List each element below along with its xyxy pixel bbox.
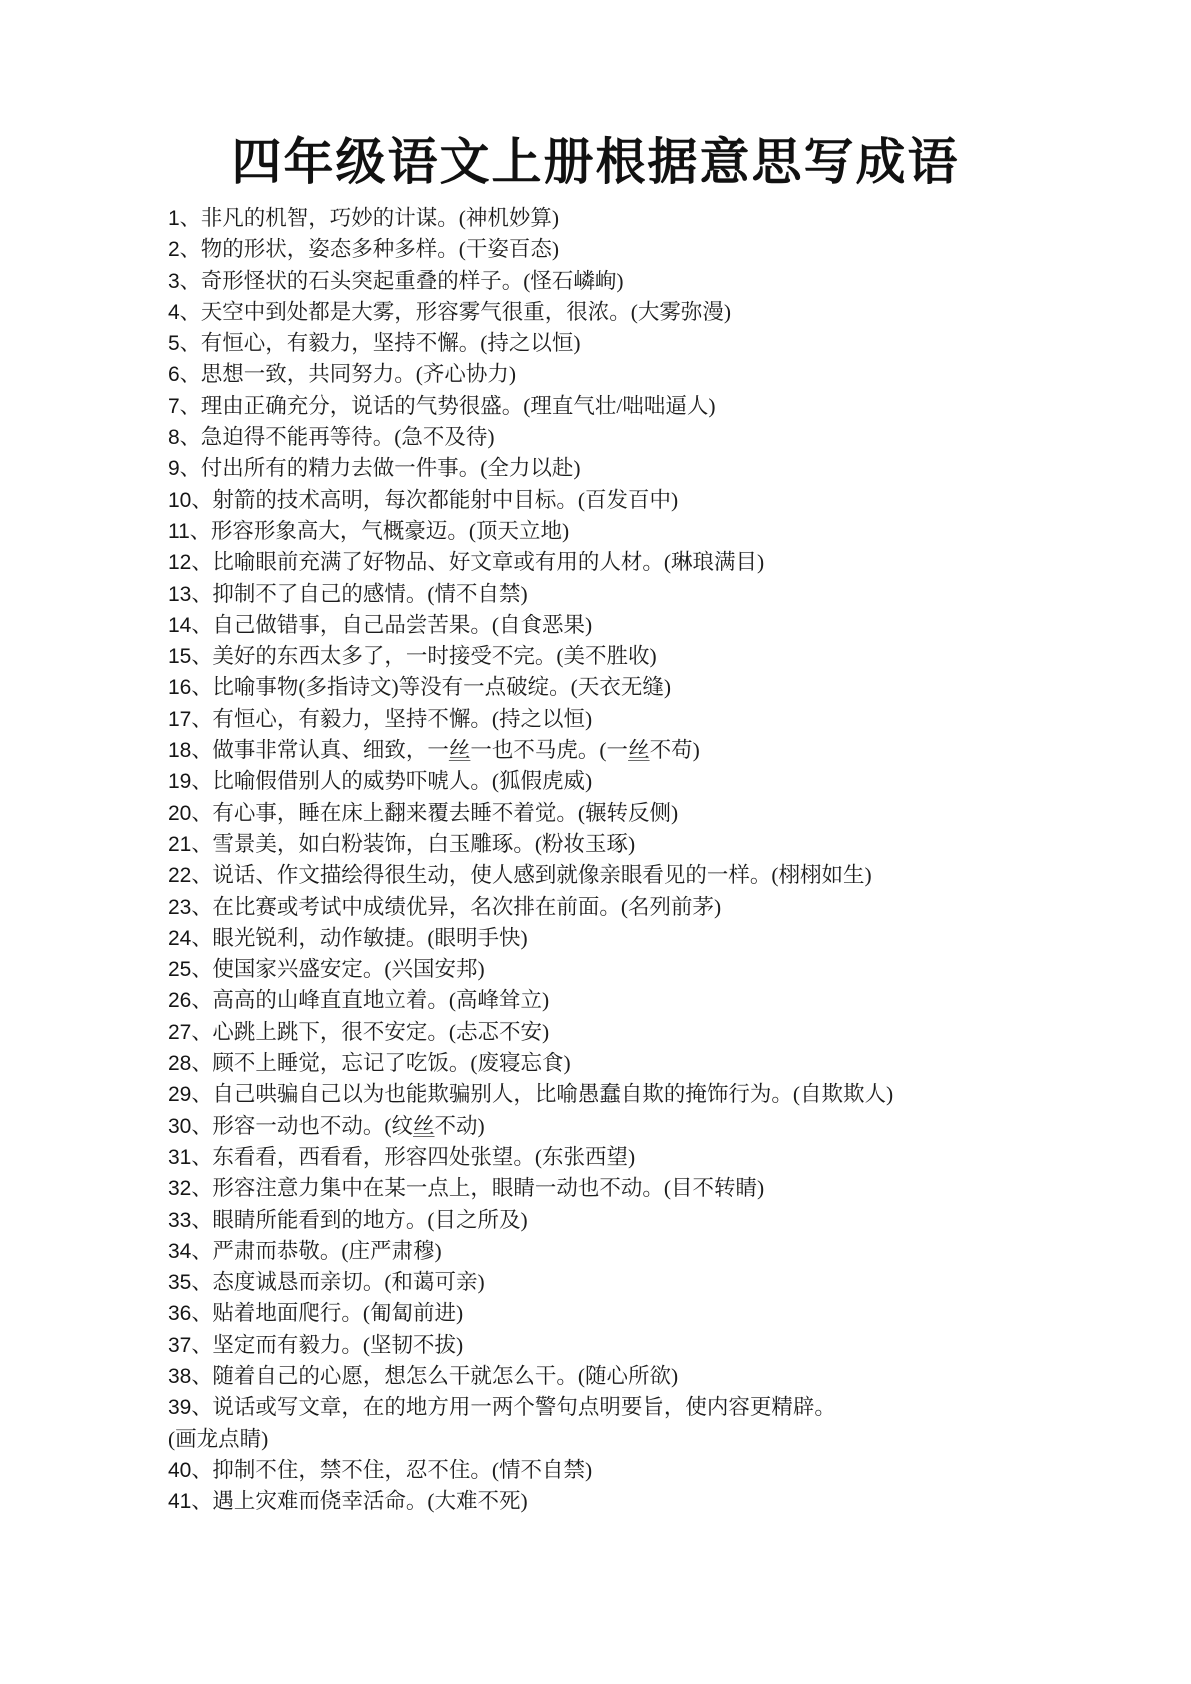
- item-text: 付出所有的精力去做一件事。(全力以赴): [201, 456, 581, 480]
- list-item: 17、有恒心，有毅力，坚持不懈。(持之以恒): [168, 704, 1131, 735]
- item-text: 随着自己的心愿，想怎么干就怎么干。(随心所欲): [212, 1364, 678, 1388]
- list-item: 33、眼睛所能看到的地方。(目之所及): [168, 1205, 1131, 1236]
- item-text: 比喻事物(多指诗文)等没有一点破绽。(天衣无缝): [212, 675, 671, 699]
- item-text: 在比赛或考试中成绩优异，名次排在前面。(名列前茅): [212, 895, 721, 919]
- item-text: 眼光锐利，动作敏捷。(眼明手快): [212, 926, 527, 950]
- list-item: 12、比喻眼前充满了好物品、好文章或有用的人材。(琳琅满目): [168, 547, 1131, 578]
- item-number: 2、: [168, 238, 201, 261]
- item-number: 36、: [168, 1302, 212, 1325]
- list-item: 9、付出所有的精力去做一件事。(全力以赴): [168, 453, 1131, 484]
- item-text: 说话、作文描绘得很生动，使人感到就像亲眼看见的一样。(栩栩如生): [212, 863, 871, 887]
- item-number: 6、: [168, 363, 201, 386]
- list-item: 40、抑制不住，禁不住，忍不住。(情不自禁): [168, 1455, 1131, 1486]
- item-number: 11、: [168, 520, 211, 543]
- item-number: 16、: [168, 676, 212, 699]
- list-item: 34、严肃而恭敬。(庄严肃穆): [168, 1236, 1131, 1267]
- item-text: 雪景美，如白粉装饰，白玉雕琢。(粉妆玉琢): [212, 832, 635, 856]
- list-item: 6、思想一致，共同努力。(齐心协力): [168, 359, 1131, 390]
- item-number: 3、: [168, 270, 201, 293]
- item-text: 贴着地面爬行。(匍匐前进): [212, 1301, 463, 1325]
- item-text: 坚定而有毅力。(坚韧不拔): [212, 1333, 463, 1357]
- list-item: 29、自己哄骗自己以为也能欺骗别人，比喻愚蠢自欺的掩饰行为。(自欺欺人): [168, 1079, 1131, 1110]
- list-item: 15、美好的东西太多了，一时接受不完。(美不胜收): [168, 641, 1131, 672]
- list-item: 8、急迫得不能再等待。(急不及待): [168, 422, 1131, 453]
- item-number: 35、: [168, 1271, 212, 1294]
- list-item: 28、顾不上睡觉，忘记了吃饭。(废寝忘食): [168, 1048, 1131, 1079]
- item-text: 物的形状，姿态多种多样。(干姿百态): [201, 237, 559, 261]
- item-text: 严肃而恭敬。(庄严肃穆): [212, 1239, 441, 1263]
- item-number: 1、: [168, 207, 201, 230]
- item-number: 13、: [168, 583, 212, 606]
- item-number: 20、: [168, 802, 212, 825]
- item-text: 形容一动也不动。(纹丝不动): [212, 1114, 484, 1138]
- list-item: 31、东看看，西看看，形容四处张望。(东张西望): [168, 1142, 1131, 1173]
- item-number: 39、: [168, 1396, 212, 1419]
- item-text: 有恒心，有毅力，坚持不懈。(持之以恒): [212, 707, 592, 731]
- item-number: 4、: [168, 301, 201, 324]
- item-number: 22、: [168, 864, 212, 887]
- item-text: 眼睛所能看到的地方。(目之所及): [212, 1208, 527, 1232]
- item-number: 29、: [168, 1083, 212, 1106]
- list-item: 22、说话、作文描绘得很生动，使人感到就像亲眼看见的一样。(栩栩如生): [168, 860, 1131, 891]
- item-number: 9、: [168, 457, 201, 480]
- list-item: 1、非凡的机智，巧妙的计谋。(神机妙算): [168, 203, 1131, 234]
- item-text: 形容形象高大，气概豪迈。(顶天立地): [211, 519, 569, 543]
- list-item: 14、自己做错事，自己品尝苦果。(自食恶果): [168, 610, 1131, 641]
- item-text: 自己哄骗自己以为也能欺骗别人，比喻愚蠢自欺的掩饰行为。(自欺欺人): [212, 1082, 893, 1106]
- idiom-list: 1、非凡的机智，巧妙的计谋。(神机妙算)2、物的形状，姿态多种多样。(干姿百态)…: [0, 203, 1191, 1517]
- item-text: 使国家兴盛安定。(兴国安邦): [212, 957, 484, 981]
- item-number: 41、: [168, 1490, 212, 1513]
- list-item: 19、比喻假借别人的威势吓唬人。(狐假虎威): [168, 766, 1131, 797]
- list-item: 21、雪景美，如白粉装饰，白玉雕琢。(粉妆玉琢): [168, 829, 1131, 860]
- item-text: 顾不上睡觉，忘记了吃饭。(废寝忘食): [212, 1051, 570, 1075]
- item-number: 17、: [168, 708, 212, 731]
- item-text: 思想一致，共同努力。(齐心协力): [201, 362, 516, 386]
- item-number: 31、: [168, 1146, 212, 1169]
- list-item: 4、天空中到处都是大雾，形容雾气很重，很浓。(大雾弥漫): [168, 297, 1131, 328]
- item-number: 10、: [168, 489, 212, 512]
- item-text: 有心事，睡在床上翻来覆去睡不着觉。(辗转反侧): [212, 801, 678, 825]
- item-number: 37、: [168, 1334, 212, 1357]
- list-item: 25、使国家兴盛安定。(兴国安邦): [168, 954, 1131, 985]
- item-number: 27、: [168, 1021, 212, 1044]
- item-number: 40、: [168, 1459, 212, 1482]
- item-number: 12、: [168, 551, 212, 574]
- list-item: 32、形容注意力集中在某一点上，眼睛一动也不动。(目不转睛): [168, 1173, 1131, 1204]
- list-item: 10、射箭的技术高明，每次都能射中目标。(百发百中): [168, 485, 1131, 516]
- item-number: 34、: [168, 1240, 212, 1263]
- list-item: 26、高高的山峰直直地立着。(高峰耸立): [168, 985, 1131, 1016]
- item-number: 26、: [168, 989, 212, 1012]
- item-number: 21、: [168, 833, 212, 856]
- item-text: 天空中到处都是大雾，形容雾气很重，很浓。(大雾弥漫): [201, 300, 731, 324]
- item-text: 抑制不住，禁不住，忍不住。(情不自禁): [212, 1458, 592, 1482]
- list-item: 20、有心事，睡在床上翻来覆去睡不着觉。(辗转反侧): [168, 798, 1131, 829]
- item-text: 做事非常认真、细致，一丝一也不马虎。(一丝不苟): [212, 738, 699, 762]
- item-text: 美好的东西太多了，一时接受不完。(美不胜收): [212, 644, 656, 668]
- list-item: 37、坚定而有毅力。(坚韧不拔): [168, 1330, 1131, 1361]
- list-item: 18、做事非常认真、细致，一丝一也不马虎。(一丝不苟): [168, 735, 1131, 766]
- item-text: 遇上灾难而侥幸活命。(大难不死): [212, 1489, 527, 1513]
- list-item: 2、物的形状，姿态多种多样。(干姿百态): [168, 234, 1131, 265]
- list-item: 23、在比赛或考试中成绩优异，名次排在前面。(名列前茅): [168, 892, 1131, 923]
- item-number: 14、: [168, 614, 212, 637]
- page: 四年级语文上册根据意思写成语 1、非凡的机智，巧妙的计谋。(神机妙算)2、物的形…: [0, 0, 1191, 1684]
- item-number: 25、: [168, 958, 212, 981]
- list-item: 36、贴着地面爬行。(匍匐前进): [168, 1298, 1131, 1329]
- item-number: 28、: [168, 1052, 212, 1075]
- item-number: 38、: [168, 1365, 212, 1388]
- list-item: 5、有恒心，有毅力，坚持不懈。(持之以恒): [168, 328, 1131, 359]
- item-number: 15、: [168, 645, 212, 668]
- item-text: 比喻眼前充满了好物品、好文章或有用的人材。(琳琅满目): [212, 550, 764, 574]
- item-number: 30、: [168, 1115, 212, 1138]
- item-number: 18、: [168, 739, 212, 762]
- item-text: 抑制不了自己的感情。(情不自禁): [212, 582, 527, 606]
- item-text: 形容注意力集中在某一点上，眼睛一动也不动。(目不转睛): [212, 1176, 764, 1200]
- item-number: 32、: [168, 1177, 212, 1200]
- list-item: 41、遇上灾难而侥幸活命。(大难不死): [168, 1486, 1131, 1517]
- list-item: 24、眼光锐利，动作敏捷。(眼明手快): [168, 923, 1131, 954]
- item-text: 理由正确充分，说话的气势很盛。(理直气壮/咄咄逼人): [201, 394, 716, 418]
- item-text: 奇形怪状的石头突起重叠的样子。(怪石嶙峋): [201, 269, 624, 293]
- list-item: 3、奇形怪状的石头突起重叠的样子。(怪石嶙峋): [168, 266, 1131, 297]
- list-item: 30、形容一动也不动。(纹丝不动): [168, 1111, 1131, 1142]
- item-text: 高高的山峰直直地立着。(高峰耸立): [212, 988, 549, 1012]
- document-title: 四年级语文上册根据意思写成语: [0, 130, 1191, 194]
- item-number: 24、: [168, 927, 212, 950]
- list-item: 27、心跳上跳下，很不安定。(忐忑不安): [168, 1017, 1131, 1048]
- item-number: 7、: [168, 395, 201, 418]
- list-item: 16、比喻事物(多指诗文)等没有一点破绽。(天衣无缝): [168, 672, 1131, 703]
- item-number: 5、: [168, 332, 201, 355]
- item-number: 33、: [168, 1209, 212, 1232]
- item-text: 比喻假借别人的威势吓唬人。(狐假虎威): [212, 769, 592, 793]
- list-item: 39、说话或写文章，在的地方用一两个警句点明要旨，使内容更精辟。 (画龙点睛): [168, 1392, 1131, 1455]
- item-text: 东看看，西看看，形容四处张望。(东张西望): [212, 1145, 635, 1169]
- item-number: 19、: [168, 770, 212, 793]
- item-text: 说话或写文章，在的地方用一两个警句点明要旨，使内容更精辟。 (画龙点睛): [168, 1395, 836, 1450]
- list-item: 11、形容形象高大，气概豪迈。(顶天立地): [168, 516, 1131, 547]
- item-text: 急迫得不能再等待。(急不及待): [201, 425, 495, 449]
- item-text: 非凡的机智，巧妙的计谋。(神机妙算): [201, 206, 559, 230]
- list-item: 13、抑制不了自己的感情。(情不自禁): [168, 579, 1131, 610]
- item-number: 8、: [168, 426, 201, 449]
- list-item: 35、态度诚恳而亲切。(和蔼可亲): [168, 1267, 1131, 1298]
- item-text: 有恒心，有毅力，坚持不懈。(持之以恒): [201, 331, 581, 355]
- item-number: 23、: [168, 896, 212, 919]
- item-text: 射箭的技术高明，每次都能射中目标。(百发百中): [212, 488, 678, 512]
- item-text: 自己做错事，自己品尝苦果。(自食恶果): [212, 613, 592, 637]
- list-item: 7、理由正确充分，说话的气势很盛。(理直气壮/咄咄逼人): [168, 391, 1131, 422]
- item-text: 态度诚恳而亲切。(和蔼可亲): [212, 1270, 484, 1294]
- list-item: 38、随着自己的心愿，想怎么干就怎么干。(随心所欲): [168, 1361, 1131, 1392]
- item-text: 心跳上跳下，很不安定。(忐忑不安): [212, 1020, 549, 1044]
